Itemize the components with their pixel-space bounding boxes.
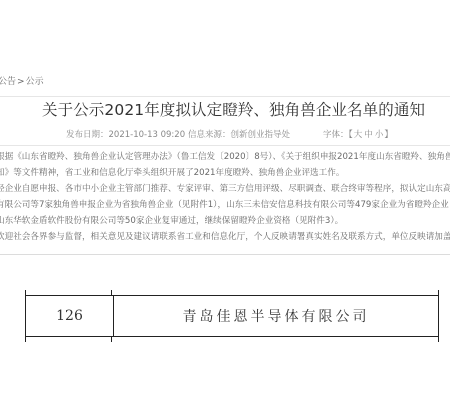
article-body: 根据《山东省瞪羚、独角兽企业认定管理办法》（鲁工信发〔2020〕8号）、《关于组… xyxy=(0,149,450,245)
info-source-value: 创新创业指导处 xyxy=(231,130,291,140)
font-bracket-open: 【 xyxy=(349,130,353,140)
table-row: 126 青岛佳恩半导体有限公司 xyxy=(26,296,439,337)
font-size-large-button[interactable]: 大 xyxy=(354,130,363,140)
breadcrumb-separator: > xyxy=(17,77,25,87)
table-border-tick xyxy=(25,290,26,296)
font-size-medium-button[interactable]: 中 xyxy=(364,130,373,140)
paragraph-line: 根据《山东省瞪羚、独角兽企业认定管理办法》（鲁工信发〔2020〕8号）、《关于组… xyxy=(0,149,450,165)
enterprise-list-table: 126 青岛佳恩半导体有限公司 xyxy=(25,295,439,337)
page-title: 关于公示2021年度拟认定瞪羚、独角兽企业名单的通知 xyxy=(42,98,425,120)
info-source: 信息来源：创新创业指导处 xyxy=(188,128,290,140)
paragraph-line: 经企业自愿申报、各市中小企业主管部门推荐、专家评审、第三方信用评级、尽职调查、联… xyxy=(0,181,450,197)
breadcrumb-divider xyxy=(0,96,450,97)
breadcrumb-item-publicity[interactable]: 公示 xyxy=(26,77,44,87)
table-border-tick xyxy=(25,337,26,342)
paragraph-line: 有限公司等7家独角兽申报企业为省独角兽企业（见附件1），山东三未信安信息科技有限… xyxy=(0,197,450,213)
table-border-tick xyxy=(111,337,112,342)
list-table: 126 青岛佳恩半导体有限公司 xyxy=(25,295,439,337)
body-divider xyxy=(0,254,450,255)
table-border-tick xyxy=(438,290,439,296)
paragraph-line: 欢迎社会各界参与监督，相关意见及建议请联系省工业和信息化厅，个人反映请署真实姓名… xyxy=(0,229,450,245)
meta-divider xyxy=(0,145,450,146)
font-size-small-button[interactable]: 小 xyxy=(375,130,384,140)
paragraph-line: 山东华软金盾软件股份有限公司等50家企业复审通过，继续保留瞪羚企业资格（见附件3… xyxy=(0,213,450,229)
font-size-label: 字体： xyxy=(323,130,349,140)
breadcrumb: 公告>公示 xyxy=(0,74,44,87)
breadcrumb-item-announcements[interactable]: 公告 xyxy=(0,77,16,87)
font-size-control: 字体：【大中小】 xyxy=(323,128,393,140)
font-bracket-close: 】 xyxy=(384,130,393,140)
info-source-label: 信息来源： xyxy=(188,130,231,140)
paragraph-line: 知》等文件精神，省工业和信息化厅牵头组织开展了2021年度瞪羚、独角兽企业评选工… xyxy=(0,165,450,181)
company-name: 青岛佳恩半导体有限公司 xyxy=(114,296,439,337)
publish-date: 发布日期：2021-10-13 09:20 xyxy=(66,128,185,140)
publish-date-value: 2021-10-13 09:20 xyxy=(109,130,186,140)
row-index: 126 xyxy=(26,296,114,337)
table-border-tick xyxy=(438,337,439,342)
table-border-tick xyxy=(111,290,112,296)
publish-date-label: 发布日期： xyxy=(66,130,109,140)
